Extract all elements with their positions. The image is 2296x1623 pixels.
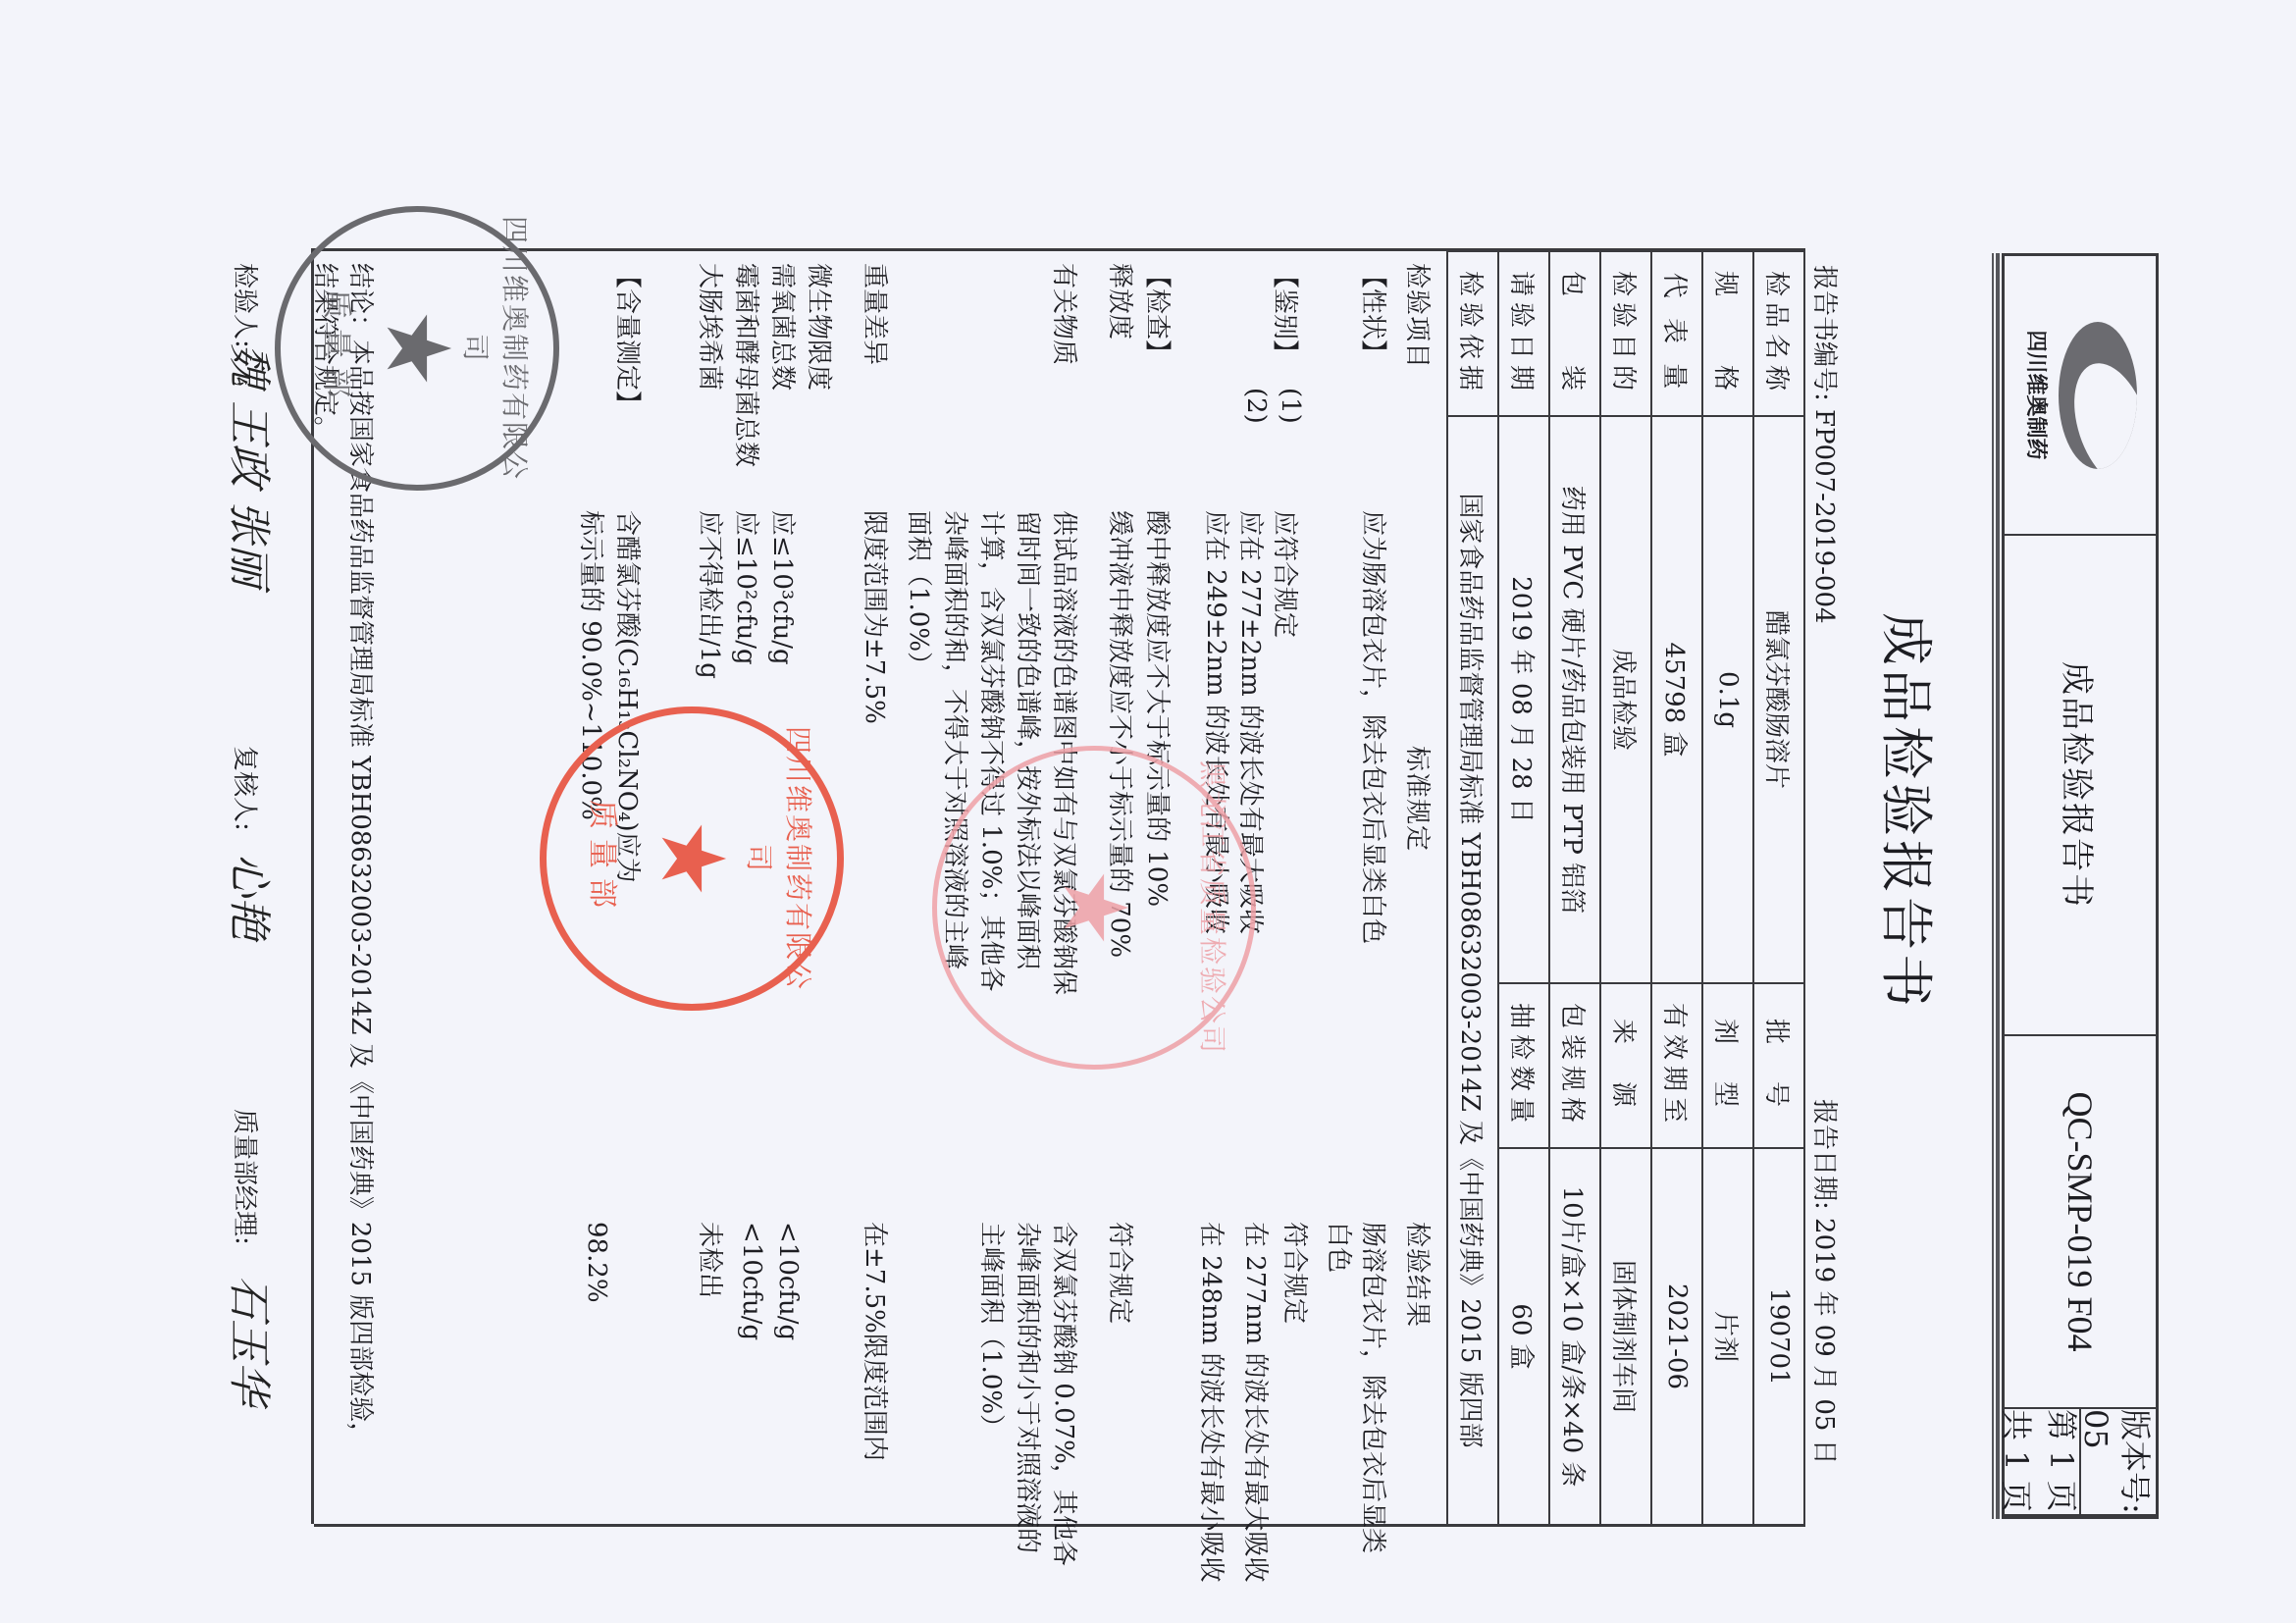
report-number: 报告书编号: FP007-2019-004 [1808, 265, 1845, 624]
result-appearance-1: 肠溶包衣片，除去包衣后显类 [1357, 1222, 1393, 1553]
info-row: 代 表 量45798 盒有效期至2021-06 [1651, 251, 1702, 1525]
section-tests: 【检查】 [1141, 263, 1177, 365]
info-label: 检品名称 [1753, 251, 1804, 416]
info-value: 醋氯芬酸肠溶片 [1753, 416, 1804, 983]
info-label: 请验日期 [1498, 251, 1549, 416]
result-aerobic-count: <10cfu/g [773, 1222, 803, 1340]
info-basis-label: 检验依据 [1447, 251, 1498, 416]
info-value2: 2021-06 [1651, 1148, 1702, 1525]
company-logo-icon [2060, 322, 2138, 469]
std-weight-variation: 限度范围为±7.5% [859, 510, 895, 724]
info-label: 规 格 [1702, 251, 1753, 416]
item-related-substances: 有关物质 [1048, 263, 1084, 365]
inspection-stamp-pink: 黑龙江省质量检验公司 ★ [932, 746, 1256, 1070]
document-title: 成品检验报告书 [1872, 0, 1948, 1623]
star-icon: ★ [1050, 868, 1138, 948]
item-identification: 【鉴别】 [1269, 263, 1305, 365]
info-value: 成品检验 [1600, 416, 1651, 983]
star-icon: ★ [648, 819, 736, 899]
result-identification-2a: 在 277nm 的波长处有最大吸收 [1239, 1222, 1276, 1583]
header-divider [1992, 253, 2000, 1519]
result-related-1: 含双氯芬酸钠 0.07%，其他各 [1048, 1222, 1084, 1566]
result-appearance-2: 白色 [1323, 1222, 1359, 1273]
manager-label: 质量部经理: [229, 1109, 265, 1245]
std-mold-yeast: 应≤10²cfu/g [730, 510, 766, 665]
stamp-red-text: 四川维奥制药有限公司 [741, 713, 819, 1004]
info-value2: 固体制剂车间 [1600, 1148, 1651, 1525]
item-aerobic-count: 需氧菌总数 [766, 263, 803, 391]
stamp-gray-text: 四川维奥制药有限公司 [457, 212, 536, 485]
info-label2: 有效期至 [1651, 983, 1702, 1148]
info-label2: 剂 型 [1702, 983, 1753, 1148]
info-value: 药用 PVC 硬片/药品包装用 PTP 铝箔 [1549, 416, 1600, 983]
inspector-label: 检验人: [229, 263, 265, 348]
info-row: 请验日期2019 年 08 月 28 日抽检数量60 盒 [1498, 251, 1549, 1525]
item-microbial-limit: 微生物限度 [803, 263, 839, 391]
item-assay: 【含量测定】 [611, 263, 648, 416]
version-cell: 版本号: 05 第 1 页 共 1 页 [2005, 1409, 2156, 1516]
manager-signature: 石玉华 [222, 1276, 285, 1405]
result-weight-variation: 在±7.5%限度范围内 [859, 1222, 895, 1461]
info-value: 2019 年 08 月 28 日 [1498, 416, 1549, 983]
info-row: 规 格0.1g剂 型片剂 [1702, 251, 1753, 1525]
info-value2: 60 盒 [1498, 1148, 1549, 1525]
result-ecoli: 未检出 [694, 1222, 730, 1298]
form-header: 四川维奥制药 成品检验报告书 QC-SMP-019 F04 版本号: 05 第 … [2002, 253, 2159, 1519]
quality-dept-stamp-gray: 四川维奥制药有限公司 ★ 质量部 [275, 206, 559, 491]
info-row: 包 装药用 PVC 硬片/药品包装用 PTP 铝箔包装规格10片/盒×10 盒/… [1549, 251, 1600, 1525]
report-date: 报告日期: 2019 年 09 月 05 日 [1808, 1099, 1845, 1465]
result-identification-2b: 在 248nm 的波长处有最小吸收 [1195, 1222, 1231, 1583]
item-identification-2: (2) [1241, 388, 1271, 424]
version-number: 版本号: 05 [2081, 1409, 2157, 1514]
item-appearance: 【性状】 [1357, 263, 1393, 365]
info-label: 包 装 [1549, 251, 1600, 416]
column-header-item: 检验项目 [1401, 263, 1437, 369]
reviewer-label: 复核人: [229, 746, 265, 831]
std-appearance: 应为肠溶包衣片，除去包衣后显类白色 [1357, 510, 1393, 944]
frame-left [314, 248, 1805, 251]
stamp-gray-dept: 质量部 [318, 212, 361, 485]
page-info: 第 1 页 共 1 页 [2004, 1409, 2081, 1514]
info-value2: 10片/盒×10 盒/条×40 条 [1549, 1148, 1600, 1525]
item-weight-variation: 重量差异 [859, 263, 895, 365]
inspector-signature: 魏 王政 张丽 [222, 343, 285, 587]
result-mold-yeast: <10cfu/g [737, 1222, 766, 1340]
stamp-pink-text: 黑龙江省质量检验公司 [1194, 751, 1233, 1065]
result-related-3: 主峰面积（1.0%） [975, 1222, 1012, 1440]
info-row-basis: 检验依据国家食品药品监督管理局标准 YBH08632003-2014Z 及《中国… [1447, 251, 1498, 1525]
form-title: 成品检验报告书 [2005, 536, 2156, 1036]
std-ecoli: 应不得检出/1g [694, 510, 730, 679]
product-info-table: 检品名称醋氯芬酸肠溶片批 号190701规 格0.1g剂 型片剂代 表 量457… [1446, 250, 1805, 1526]
inspection-report-page: 四川维奥制药 成品检验报告书 QC-SMP-019 F04 版本号: 05 第 … [0, 0, 2296, 1623]
result-release: 符合规定 [1104, 1222, 1140, 1324]
info-label2: 包装规格 [1549, 983, 1600, 1148]
result-related-2: 杂峰面积的和小于对照溶液的 [1012, 1222, 1048, 1553]
info-label: 检验目的 [1600, 251, 1651, 416]
info-label2: 批 号 [1753, 983, 1804, 1148]
reviewer-signature: 心艳 [222, 854, 285, 940]
info-label2: 来 源 [1600, 983, 1651, 1148]
std-identification-1: 应符合规定 [1269, 510, 1305, 638]
info-basis-value: 国家食品药品监督管理局标准 YBH08632003-2014Z 及《中国药典》2… [1447, 416, 1498, 1525]
company-logo-cell: 四川维奥制药 [2005, 256, 2156, 536]
quality-dept-stamp-red: 四川维奥制药有限公司 ★ 质量部 [540, 707, 844, 1011]
std-related-5: 面积（1.0%） [903, 510, 939, 677]
form-code: QC-SMP-019 F04 [2005, 1036, 2156, 1409]
item-ecoli: 大肠埃希菌 [694, 263, 730, 391]
star-icon: ★ [373, 309, 461, 389]
info-value: 45798 盒 [1651, 416, 1702, 983]
info-label2: 抽检数量 [1498, 983, 1549, 1148]
item-release: 释放度 [1104, 263, 1140, 340]
result-assay: 98.2% [582, 1222, 611, 1303]
company-logo-text: 四川维奥制药 [2023, 330, 2054, 459]
std-aerobic-count: 应≤10³cfu/g [766, 510, 803, 665]
result-identification-1: 符合规定 [1278, 1222, 1315, 1324]
item-mold-yeast: 霉菌和酵母菌总数 [730, 263, 766, 467]
info-label: 代 表 量 [1651, 251, 1702, 416]
stamp-red-dept: 质量部 [584, 713, 627, 1004]
info-value: 0.1g [1702, 416, 1753, 983]
info-row: 检验目的成品检验来 源固体制剂车间 [1600, 251, 1651, 1525]
item-identification-1: (1) [1276, 388, 1305, 424]
info-value2: 片剂 [1702, 1148, 1753, 1525]
column-header-result: 检验结果 [1401, 1222, 1437, 1328]
info-row: 检品名称醋氯芬酸肠溶片批 号190701 [1753, 251, 1804, 1525]
column-header-standard: 标准规定 [1401, 746, 1437, 852]
info-value2: 190701 [1753, 1148, 1804, 1525]
